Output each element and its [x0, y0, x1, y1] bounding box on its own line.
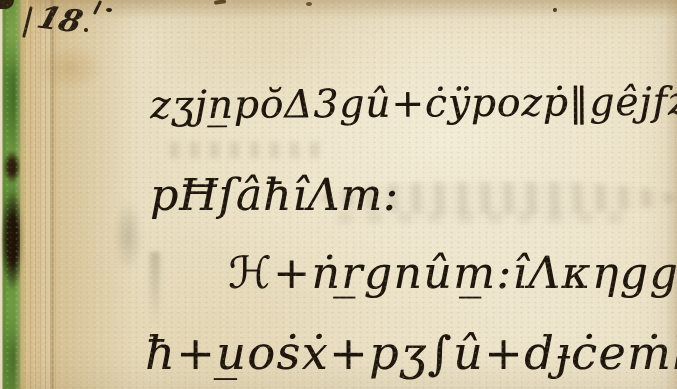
ink-dot [84, 28, 88, 32]
manuscript-photo: 18 zʒjn̲pŏΔ3gû+ċÿpozṗ‖gêjfzṗj|b Λs̈ pĦſâ… [0, 0, 677, 389]
cipher-text-line-1: zʒjn̲pŏΔ3gû+ċÿpozṗ‖gêjfzṗj|b Λs̈ [150, 82, 677, 126]
ink-fleck [306, 2, 312, 6]
cipher-text-line-3: ℋ+ṅr̲gnûm̲:îΛκηggôÿr̲â+vʒ [228, 252, 677, 296]
cipher-text-line-4: ħ+u̲oṡẋ+pʒ∫û+dɟċeṁḣ|v+ṅᴧnp□ [145, 330, 677, 376]
folio-pen-stroke [22, 6, 33, 38]
folio-corner: 18 [24, 2, 114, 60]
ink-fleck [553, 8, 557, 12]
page-number: 18 [33, 0, 87, 40]
cipher-text-line-2: pĦſâħîΛm: [150, 174, 399, 218]
edge-dark-blotch-small [3, 150, 21, 184]
